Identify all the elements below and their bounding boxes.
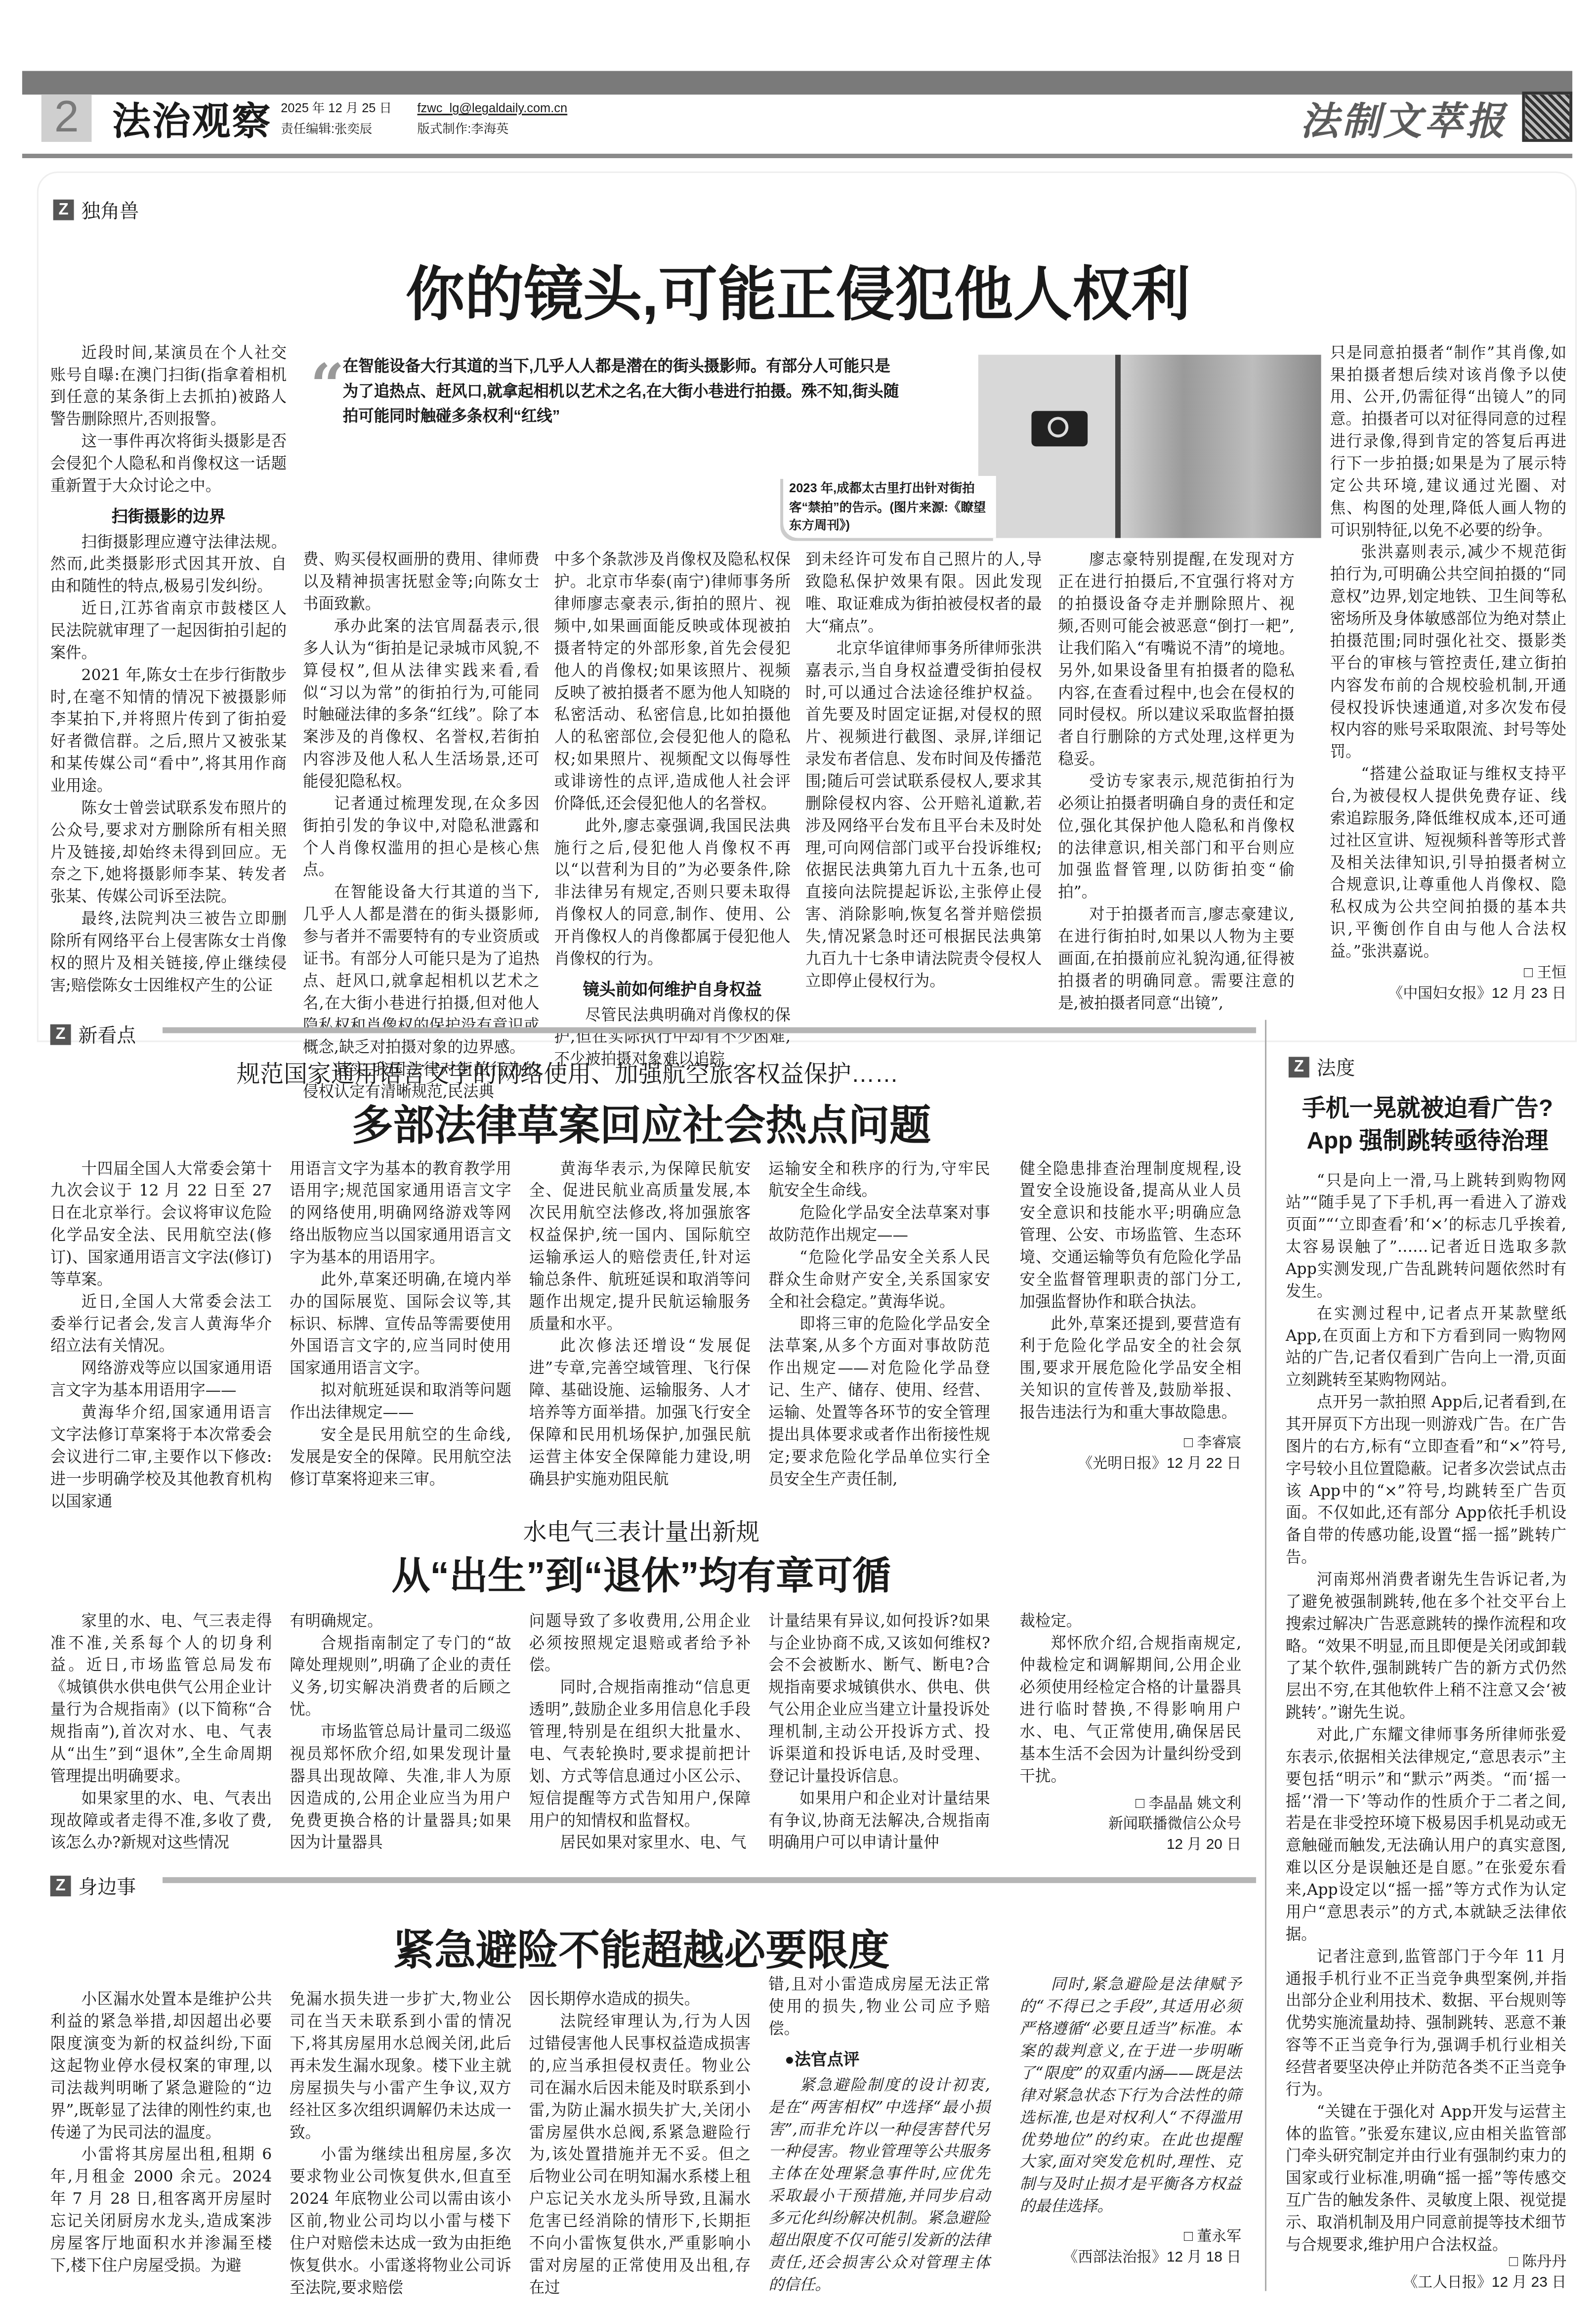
article3-col3: 问题导致了多收费用,公用企业必须按照规定退赔或者给予补偿。 同时,合规指南推动“… <box>529 1611 751 1855</box>
paragraph: “关键在于强化对 App开发与运营主体的监管。”张爱东建议,应由相关监管部门牵头… <box>1286 2102 1566 2257</box>
z-section-icon: Z <box>1289 1056 1309 1077</box>
paragraph: 对此,广东耀文律师事务所律师张爱东表示,依据相关法律规定,“意思表示”主要包括“… <box>1286 1725 1566 1947</box>
paragraph: 记者注意到,监管部门于今年 11 月通报手机行业不正当竞争典型案例,并指出部分企… <box>1286 1947 1566 2102</box>
paragraph: 黄海华表示,为保障民航安全、促进民航业高质量发展,本次民用航空法修改,将加强旅客… <box>529 1159 751 1336</box>
paragraph: 家里的水、电、气三表走得准不准,关系每个人的切身利益。近日,市场监管总局发布《城… <box>50 1611 272 1789</box>
paragraph: “危险化学品安全关系人民群众生命财产安全,关系国家安全和社会稳定。”黄海华说。 <box>768 1247 990 1314</box>
byline-source: 《工人日报》12 月 23 日 <box>1286 2273 1566 2294</box>
article1-col3: 中多个条款涉及肖像权及隐私权保护。北京市华泰(南宁)律师事务所律师廖志豪表示,街… <box>554 550 791 1072</box>
paragraph: 对于拍摄者而言,廖志豪建议,在进行街拍时,如果以人物为主要画面,在拍摄前应礼貌沟… <box>1058 904 1295 1015</box>
paragraph: 近日,全国人大常委会法工委举行记者会,发言人黄海华介绍立法有关情况。 <box>50 1292 272 1359</box>
subhead-protect-rights: 镜头前如何维护自身权益 <box>554 980 791 1002</box>
paragraph: 运输安全和秩序的行为,守牢民航安全生命线。 <box>768 1159 990 1203</box>
section-label-dujiaoshou: Z 独角兽 <box>53 195 139 223</box>
section-label-text: 身边事 <box>79 1871 136 1899</box>
paragraph: 即将三审的危险化学品安全法草案,从多个方面对事故防范作出规定——对危险化学品登记… <box>768 1314 990 1492</box>
paragraph: 法院经审理认为,行为人因过错侵害他人民事权益造成损害的,应当承担侵权责任。物业公… <box>529 2011 751 2300</box>
paragraph: 廖志豪特别提醒,在发现对方正在进行拍摄后,不宜强行将对方的拍摄设备夺走并删除照片… <box>1058 550 1295 772</box>
paragraph: “只是向上一滑,马上跳转到购物网站”“随手晃了下手机,再一看进入了游戏页面”“‘… <box>1286 1171 1566 1304</box>
paragraph: 近段时间,某演员在个人社交账号自曝:在澳门扫街(指拿着相机到任意的某条街上去抓拍… <box>50 343 287 431</box>
section-title: 法治观察 <box>112 91 272 146</box>
section-divider <box>163 1027 1256 1033</box>
article2-headline: 多部法律草案回应社会热点问题 <box>50 1094 1233 1153</box>
paragraph: 此外,草案还明确,在境内举办的国际展览、国际会议等,其标识、标牌、宣传品等需要使… <box>290 1270 511 1380</box>
article1-headline: 你的镜头,可能正侵犯他人权利 <box>148 248 1448 332</box>
article5-byline: □ 董永军 《西部法治报》12 月 18 日 <box>1020 2227 1242 2269</box>
byline-source: 《中国妇女报》12 月 23 日 <box>1330 984 1567 1005</box>
top-bar <box>22 71 1572 95</box>
paragraph: 近日,江苏省南京市鼓楼区人民法院就审理了一起因街拍引起的案件。 <box>50 599 287 665</box>
paragraph: “搭建公益取证与维权支持平台,为被侵权人提供免费存证、线索追踪服务,降低维权成本… <box>1330 764 1567 964</box>
paragraph: 只是同意拍摄者“制作”其肖像,如果拍摄者想后续对该肖像予以使用、公开,仍需征得“… <box>1330 343 1567 543</box>
paragraph: 河南郑州消费者谢先生告诉记者,为了避免被强制跳转,他在多个社交平台上搜索过解决广… <box>1286 1570 1566 1725</box>
paragraph: 郑怀欣介绍,合规指南规定,仲裁检定和调解期间,公用企业必须使用经检定合格的计量器… <box>1020 1633 1242 1789</box>
paragraph: 中多个条款涉及肖像权及隐私权保护。北京市华泰(南宁)律师事务所律师廖志豪表示,街… <box>554 550 791 816</box>
paragraph: 此外,廖志豪强调,我国民法典施行之后,侵犯他人肖像权不再以“以营利为目的”为必要… <box>554 816 791 971</box>
article3-byline: □ 李晶晶 姚文利 新闻联播微信公众号 12 月 20 日 <box>1020 1795 1242 1857</box>
article5-col4: 错,且对小雷造成房屋无法正常使用的损失,物业公司应予赔偿。 ●法官点评 紧急避险… <box>768 1975 990 2297</box>
article3-col4: 计量结果有异议,如何投诉?如果与企业协商不成,又该如何维权?会不会被断水、断气、… <box>768 1611 990 1855</box>
byline-source: 新闻联播微信公众号 <box>1020 1815 1242 1836</box>
article5-col1: 小区漏水处置本是维护公共利益的紧急举措,却因超出必要限度演变为新的权益纠纷,下面… <box>50 1989 272 2277</box>
article1-col4: 到未经许可发布自己照片的人,导致隐私保护效果有限。因此发现唯、取证难成为街拍被侵… <box>805 550 1042 993</box>
article2-col1: 十四届全国人大常委会第十九次会议于 12 月 22 日至 27 日在北京举行。会… <box>50 1159 272 1514</box>
paragraph: 如果家里的水、电、气表出现故障或者走得不准,多收了费,该怎么办?新规对这些情况 <box>50 1789 272 1855</box>
quote-mark-icon: “ <box>310 358 344 417</box>
paragraph: 北京华谊律师事务所律师张洪嘉表示,当自身权益遭受街拍侵权时,可以通过合法途径维护… <box>805 639 1042 993</box>
paragraph: 有明确规定。 <box>290 1611 511 1633</box>
column-divider <box>1265 1020 1266 2291</box>
paragraph: 裁检定。 <box>1020 1611 1242 1633</box>
headline-line2: App 强制跳转亟待治理 <box>1280 1126 1575 1159</box>
article4-byline: □ 陈丹丹 《工人日报》12 月 23 日 <box>1286 2253 1566 2294</box>
section-label-text: 新看点 <box>79 1020 136 1048</box>
byline-author: □ 李睿宸 <box>1020 1434 1242 1455</box>
paragraph: 小雷将其房屋出租,租期 6 年,月租金 2000 余元。2024 年 7 月 2… <box>50 2145 272 2278</box>
paragraph: 记者通过梳理发现,在众多因街拍引发的争议中,对隐私泄露和个人肖像权滥用的担心是核… <box>303 794 540 882</box>
paragraph: 同时,紧急避险是法律赋予的“不得已之手段”,其适用必须严格遵循“必要且适当”标准… <box>1020 1975 1242 2219</box>
article1-col6: 只是同意拍摄者“制作”其肖像,如果拍摄者想后续对该肖像予以使用、公开,仍需征得“… <box>1330 343 1567 1005</box>
section-label-fadu: Z 法度 <box>1289 1052 1355 1080</box>
byline-author: □ 董永军 <box>1020 2227 1242 2248</box>
judge-comment-subhead: ●法官点评 <box>768 2050 990 2072</box>
paragraph: 同时,合规指南推动“信息更透明”,鼓励企业多用信息化手段管理,特别是在组织大批量… <box>529 1677 751 1833</box>
paragraph: 承办此案的法官周磊表示,很多人认为“街拍是记录城市风貌,不算侵权”,但从法律实践… <box>303 616 540 794</box>
section-label-text: 法度 <box>1317 1052 1355 1080</box>
byline-author: □ 王恒 <box>1330 964 1567 984</box>
paragraph: 危险化学品安全法草案对事故防范作出规定—— <box>768 1203 990 1247</box>
paragraph: 合规指南制定了专门的“故障处理规则”,明确了企业的责任义务,切实解决消费者的后顾… <box>290 1633 511 1722</box>
z-section-icon: Z <box>50 1875 71 1896</box>
article3-col1: 家里的水、电、气三表走得准不准,关系每个人的切身利益。近日,市场监管总局发布《城… <box>50 1611 272 1855</box>
lead-quote-text: 在智能设备大行其道的当下,几乎人人都是潜在的街头摄影师。有部分人可能只是为了追热… <box>343 358 899 426</box>
paragraph: 用语言文字为基本的教育教学用语用字;规范国家通用语言文字的网络使用,明确网络游戏… <box>290 1159 511 1270</box>
article2-col5: 健全隐患排查治理制度规程,设置安全设施设备,提高从业人员安全意识和技能水平;明确… <box>1020 1159 1242 1475</box>
article2-col4: 运输安全和秩序的行为,守牢民航安全生命线。 危险化学品安全法草案对事故防范作出规… <box>768 1159 990 1492</box>
email-link[interactable]: fzwc_lg@legaldaily.com.cn <box>417 97 567 118</box>
section-label-text: 独角兽 <box>81 195 139 223</box>
article1-byline: □ 王恒 《中国妇女报》12 月 23 日 <box>1330 964 1567 1005</box>
paragraph: 陈女士曾尝试联系发布照片的公众号,要求对方删除所有相关照片及链接,却始终未得到回… <box>50 798 287 909</box>
article5-col5: 同时,紧急避险是法律赋予的“不得已之手段”,其适用必须严格遵循“必要且适当”标准… <box>1020 1975 1242 2269</box>
z-section-icon: Z <box>50 1024 71 1044</box>
paragraph: 问题导致了多收费用,公用企业必须按照规定退赔或者给予补偿。 <box>529 1611 751 1678</box>
paragraph: 扫街摄影理应遵守法律法规。然而,此类摄影形式因其开放、自由和随性的特点,极易引发… <box>50 532 287 599</box>
photo-caption: 2023 年,成都太古里打出针对街拍客“禁拍”的告示。(图片来源:《瞭望东方周刊… <box>783 476 996 538</box>
paragraph: 安全是民用航空的生命线,发展是安全的保障。民用航空法修订草案将迎来三审。 <box>290 1425 511 1492</box>
page-number: 2 <box>42 94 92 142</box>
newspaper-page: 2 法治观察 2025 年 12 月 25 日 fzwc_lg@legaldai… <box>0 0 1596 2310</box>
byline-author: □ 李晶晶 姚文利 <box>1020 1795 1242 1815</box>
article4-col: “只是向上一滑,马上跳转到购物网站”“随手晃了下手机,再一看进入了游戏页面”“‘… <box>1286 1171 1566 2257</box>
paragraph: 如果用户和企业对计量结果有争议,协商无法解决,合规指南明确用户可以申请计量仲 <box>768 1789 990 1855</box>
lead-quote: “ 在智能设备大行其道的当下,几乎人人都是潜在的街头摄影师。有部分人可能只是为了… <box>343 355 904 430</box>
article3-kicker: 水电气三表计量出新规 <box>50 1513 1233 1547</box>
section-label-xinkandian: Z 新看点 <box>50 1020 136 1048</box>
paragraph: 计量结果有异议,如何投诉?如果与企业协商不成,又该如何维权?会不会被断水、断气、… <box>768 1611 990 1789</box>
paragraph: 2021 年,陈女士在步行街散步时,在毫不知情的情况下被摄影师李某拍下,并将照片… <box>50 665 287 798</box>
article1-col1: 近段时间,某演员在个人社交账号自曝:在澳门扫街(指拿着相机到任意的某条街上去抓拍… <box>50 343 287 998</box>
paragraph: 费、购买侵权画册的费用、律师费以及精神损害抚慰金等;向陈女士书面致歉。 <box>303 550 540 617</box>
paragraph: 受访专家表示,规范街拍行为必须让拍摄者明确自身的责任和定位,强化其保护他人隐私和… <box>1058 771 1295 904</box>
paragraph: 紧急避险制度的设计初衷,是在“两害相权”中选择“最小损害”,而非允许以一种侵害替… <box>768 2075 990 2297</box>
paper-logo: 法制文萃报 <box>1301 91 1508 146</box>
article2-col2: 用语言文字为基本的教育教学用语用字;规范国家通用语言文字的网络使用,明确网络游戏… <box>290 1159 511 1492</box>
issue-date: 2025 年 12 月 25 日 <box>281 97 414 118</box>
article2-col3: 黄海华表示,为保障民航安全、促进民航业高质量发展,本次民用航空法修改,将加强旅客… <box>529 1159 751 1492</box>
editor: 责任编辑:张奕辰 <box>281 118 414 139</box>
masthead-rule <box>22 154 1572 158</box>
paragraph: 到未经许可发布自己照片的人,导致隐私保护效果有限。因此发现唯、取证难成为街拍被侵… <box>805 550 1042 639</box>
paragraph: 拟对航班延误和取消等问题作出法律规定—— <box>290 1380 511 1425</box>
article5-headline: 紧急避险不能超越必要限度 <box>50 1919 1233 1978</box>
paragraph: 免漏水损失进一步扩大,物业公司在当天未联系到小雷的情况下,将其房屋用水总阀关闭,… <box>290 1989 511 2144</box>
paragraph: 点开另一款拍照 App后,记者看到,在其开屏页下方出现一则游戏广告。在广告图片的… <box>1286 1392 1566 1570</box>
paragraph: 在实测过程中,记者点开某款壁纸 App,在页面上方和下方看到同一购物网站的广告,… <box>1286 1304 1566 1392</box>
paragraph: 居民如果对家里水、电、气 <box>529 1833 751 1855</box>
byline-source: 《光明日报》12 月 22 日 <box>1020 1455 1242 1475</box>
article5-col3: 因长期停水造成的损失。 法院经审理认为,行为人因过错侵害他人民事权益造成损害的,… <box>529 1989 751 2300</box>
article2-byline: □ 李睿宸 《光明日报》12 月 22 日 <box>1020 1434 1242 1475</box>
paragraph: 十四届全国人大常委会第十九次会议于 12 月 22 日至 27 日在北京举行。会… <box>50 1159 272 1292</box>
qr-code-icon <box>1522 91 1572 142</box>
article5-col2: 免漏水损失进一步扩大,物业公司在当天未联系到小雷的情况下,将其房屋用水总阀关闭,… <box>290 1989 511 2300</box>
subhead-boundary: 扫街摄影的边界 <box>50 507 287 529</box>
paragraph: 最终,法院判决三被告立即删除所有网络平台上侵害陈女士肖像权的照片及相关链接,停止… <box>50 909 287 997</box>
paragraph: 这一事件再次将街头摄影是否会侵犯个人隐私和肖像权这一话题重新置于大众讨论之中。 <box>50 431 287 498</box>
article4-headline: 手机一晃就被迫看广告? App 强制跳转亟待治理 <box>1280 1094 1575 1159</box>
article1-col5: 廖志豪特别提醒,在发现对方正在进行拍摄后,不宜强行将对方的拍摄设备夺走并删除照片… <box>1058 550 1295 1016</box>
paragraph: 此外,草案还提到,要营造有利于危险化学品安全的社会氛围,要求开展危险化学品安全相… <box>1020 1314 1242 1425</box>
z-section-icon: Z <box>53 199 74 219</box>
article3-col2: 有明确规定。 合规指南制定了专门的“故障处理规则”,明确了企业的责任义务,切实解… <box>290 1611 511 1855</box>
layout-credit: 版式制作:李海英 <box>417 118 550 139</box>
paragraph: 因长期停水造成的损失。 <box>529 1989 751 2011</box>
paragraph: 小区漏水处置本是维护公共利益的紧急举措,却因超出必要限度演变为新的权益纠纷,下面… <box>50 1989 272 2144</box>
paragraph: 市场监管总局计量司二级巡视员郑怀欣介绍,如果发现计量器具出现故障、失准,非人为原… <box>290 1722 511 1855</box>
masthead-meta: 2025 年 12 月 25 日 fzwc_lg@legaldaily.com.… <box>281 97 567 139</box>
article1-col2: 费、购买侵权画册的费用、律师费以及精神损害抚慰金等;向陈女士书面致歉。 承办此案… <box>303 550 540 1105</box>
paragraph: 张洪嘉则表示,减少不规范街拍行为,可明确公共空间拍摄的“同意权”边界,划定地铁、… <box>1330 543 1567 765</box>
paragraph: 错,且对小雷造成房屋无法正常使用的损失,物业公司应予赔偿。 <box>768 1975 990 2042</box>
paragraph: 此次修法还增设“发展促进”专章,完善空域管理、飞行保障、基础设施、运输服务、人才… <box>529 1336 751 1492</box>
paragraph: 健全隐患排查治理制度规程,设置安全设施设备,提高从业人员安全意识和技能水平;明确… <box>1020 1159 1242 1314</box>
paragraph: 黄海华介绍,国家通用语言文字法修订草案将于本次常委会会议进行二审,主要作以下修改… <box>50 1403 272 1513</box>
section-divider <box>163 1877 1256 1883</box>
paragraph: 小雷为继续出租房屋,多次要求物业公司恢复供水,但直至 2024 年底物业公司以需… <box>290 2145 511 2300</box>
byline-author: □ 陈丹丹 <box>1286 2253 1566 2273</box>
article3-col5: 裁检定。 郑怀欣介绍,合规指南规定,仲裁检定和调解期间,公用企业必须使用经检定合… <box>1020 1611 1242 1856</box>
byline-source: 《西部法治报》12 月 18 日 <box>1020 2248 1242 2269</box>
paragraph: 网络游戏等应以国家通用语言文字为基本用语用字—— <box>50 1358 272 1403</box>
article1-photo <box>978 355 1321 538</box>
section-label-shenbianshi: Z 身边事 <box>50 1871 136 1899</box>
headline-line1: 手机一晃就被迫看广告? <box>1280 1094 1575 1126</box>
article3-headline: 从“出生”到“退休”均有章可循 <box>50 1546 1233 1601</box>
byline-date: 12 月 20 日 <box>1020 1836 1242 1856</box>
camera-no-photo-icon <box>1032 411 1088 446</box>
article2-kicker: 规范国家通用语言文字的网络使用、加强航空旅客权益保护…… <box>50 1055 1085 1089</box>
